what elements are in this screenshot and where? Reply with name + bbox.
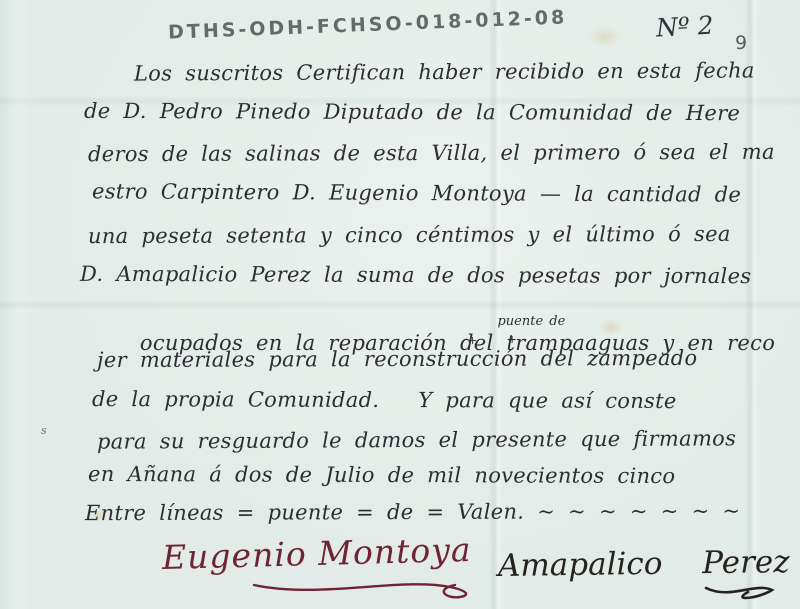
- manuscript-line: D. Amapalicio Perez la suma de dos peset…: [80, 262, 751, 288]
- signature-amapalico-perez: Amapalico Perez: [498, 544, 790, 584]
- manuscript-line: para su resguardo le damos el presente q…: [97, 426, 736, 453]
- interlinear-insertion: puente de: [497, 314, 565, 329]
- manuscript-line: Entre líneas = puente = de = Valen. ~ ~ …: [85, 499, 740, 525]
- archival-reference-pencil: DTHS-ODH-FCHSO-018-012-08: [168, 6, 568, 43]
- signature-flourish: [250, 575, 480, 601]
- document-paper: DTHS-ODH-FCHSO-018-012-08 Nº 2 9 Los sus…: [0, 0, 800, 609]
- manuscript-line: una peseta setenta y cinco céntimos y el…: [88, 222, 731, 248]
- insertion-caret: +: [507, 333, 517, 346]
- insertion-caret: +: [468, 334, 477, 347]
- manuscript-line: de D. Pedro Pinedo Diputado de la Comuni…: [84, 99, 740, 125]
- manuscript-line: deros de las salinas de esta Villa, el p…: [88, 140, 775, 166]
- paper-fold-vertical: [744, 0, 760, 609]
- manuscript-line: estro Carpintero D. Eugenio Montoya — la…: [92, 179, 741, 206]
- pencil-numeral: 9: [735, 32, 747, 54]
- manuscript-line: de la propia Comunidad. Y para que así c…: [92, 387, 677, 413]
- signature-flourish: [700, 580, 780, 606]
- manuscript-line: jer materiales para la reconstrucción de…: [97, 346, 698, 372]
- margin-pencil-mark: s: [41, 424, 47, 437]
- paper-stain: [588, 26, 622, 48]
- manuscript-line: en Añana á dos de Julio de mil novecient…: [88, 462, 675, 488]
- page-number-ink: Nº 2: [655, 11, 714, 43]
- manuscript-line: Los suscritos Certifican haber recibido …: [134, 58, 755, 85]
- signature-eugenio-montoya: Eugenio Montoya: [162, 530, 472, 577]
